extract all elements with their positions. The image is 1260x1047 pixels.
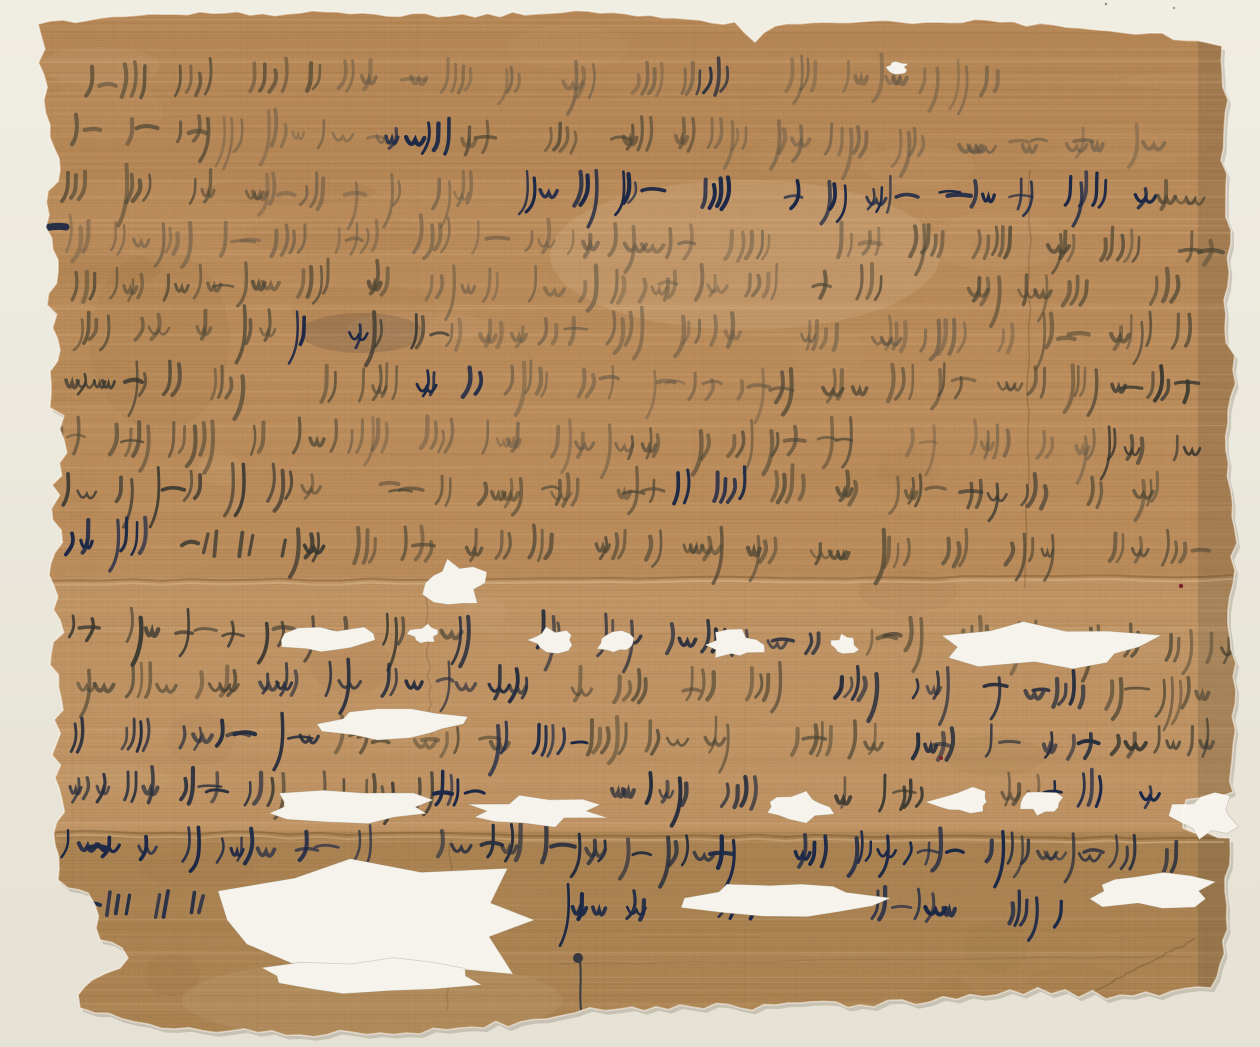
speck [939,756,943,760]
speck [1105,3,1108,6]
ink-blot-mark [573,953,583,963]
speck [1179,584,1183,588]
papyrus-manuscript [0,0,1260,1047]
speck [1173,7,1175,9]
photograph [0,0,1260,1047]
stain [90,250,230,430]
stain [300,313,424,353]
